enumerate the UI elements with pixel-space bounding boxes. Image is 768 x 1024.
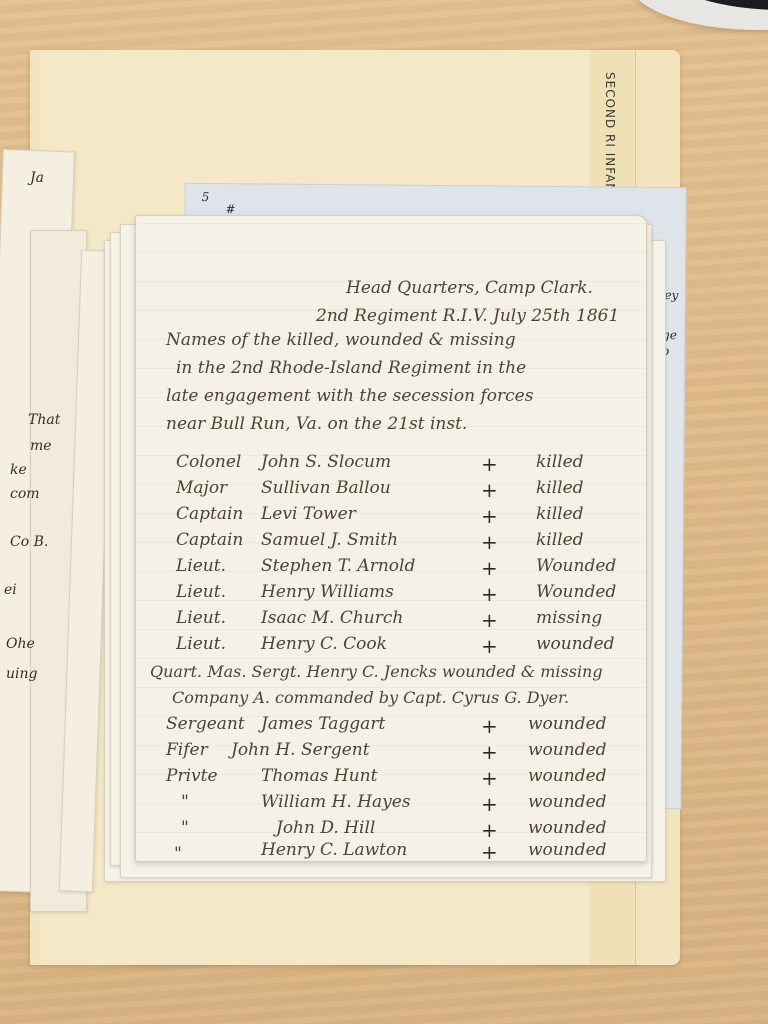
ditto-mark: ": [181, 818, 189, 838]
casualty-status: wounded: [528, 714, 607, 734]
letter-intro-line: near Bull Run, Va. on the 21st inst.: [166, 414, 467, 434]
letter-intro-line: in the 2nd Rhode-Island Regiment in the: [176, 358, 526, 378]
casualty-row: Fifer John H. Sergent + wounded: [136, 740, 646, 766]
casualty-row: Lieut. Isaac M. Church + missing: [136, 608, 646, 634]
rank: Captain: [176, 504, 243, 524]
casualty-status: Wounded: [536, 556, 616, 576]
cross-mark-icon: +: [481, 840, 498, 864]
casualty-row: Privte Thomas Hunt + wounded: [136, 766, 646, 792]
handwriting-fragment: com: [10, 486, 40, 502]
cross-mark-icon: +: [481, 714, 498, 738]
casualty-status: wounded: [528, 840, 607, 860]
letter-intro-line: late engagement with the secession force…: [166, 386, 533, 406]
rank: Lieut.: [176, 634, 226, 654]
soldier-name: Levi Tower: [261, 504, 356, 524]
cross-mark-icon: +: [481, 452, 498, 476]
soldier-name: Henry C. Cook: [261, 634, 387, 654]
casualty-row: Sergeant James Taggart + wounded: [136, 714, 646, 740]
casualty-status: wounded: [528, 766, 607, 786]
handwriting-fragment: me: [30, 438, 52, 454]
casualty-report-letter: Head Quarters, Camp Clark. 2nd Regiment …: [135, 215, 647, 862]
soldier-name: John S. Slocum: [261, 452, 391, 472]
cross-mark-icon: +: [481, 582, 498, 606]
cross-mark-icon: +: [481, 740, 498, 764]
ditto-mark: ": [174, 844, 182, 864]
company-line: Company A. commanded by Capt. Cyrus G. D…: [172, 688, 569, 707]
soldier-name: Isaac M. Church: [261, 608, 403, 628]
soldier-name: Henry Williams: [261, 582, 394, 602]
casualty-row: " Henry C. Lawton + wounded: [136, 840, 646, 866]
letter-heading-date: 2nd Regiment R.I.V. July 25th 1861: [316, 306, 619, 326]
soldier-name: Sullivan Ballou: [261, 478, 391, 498]
soldier-name: Samuel J. Smith: [261, 530, 398, 550]
casualty-row: Major Sullivan Ballou + killed: [136, 478, 646, 504]
soldier-name: Thomas Hunt: [261, 766, 377, 786]
soldier-name: John H. Sergent: [231, 740, 370, 760]
handwriting-fragment: Co B.: [10, 534, 48, 550]
cross-mark-icon: +: [481, 792, 498, 816]
letter-intro-line: Names of the killed, wounded & missing: [166, 330, 516, 350]
ditto-mark: ": [181, 792, 189, 812]
soldier-name: Stephen T. Arnold: [261, 556, 415, 576]
casualty-status: wounded: [528, 792, 607, 812]
casualty-row: Captain Samuel J. Smith + killed: [136, 530, 646, 556]
handwriting-fragment: uing: [6, 666, 37, 682]
rank: Major: [176, 478, 227, 498]
casualty-row: " William H. Hayes + wounded: [136, 792, 646, 818]
casualty-status: wounded: [536, 634, 615, 654]
casualty-row: Captain Levi Tower + killed: [136, 504, 646, 530]
handwriting-fragment: Ohe: [6, 636, 35, 652]
left-paper-stack: Ja That me ke com Co B. ei Ohe uing: [0, 150, 120, 890]
quartermaster-line: Quart. Mas. Sergt. Henry C. Jencks wound…: [150, 662, 603, 681]
casualty-status: killed: [536, 452, 584, 472]
cross-mark-icon: +: [481, 818, 498, 842]
casualty-status: killed: [536, 504, 584, 524]
soldier-name: James Taggart: [261, 714, 385, 734]
casualty-status: missing: [536, 608, 602, 628]
rank: Sergeant: [166, 714, 245, 734]
cross-mark-icon: +: [481, 766, 498, 790]
casualty-row: Colonel John S. Slocum + killed: [136, 452, 646, 478]
cross-mark-icon: +: [481, 530, 498, 554]
soldier-name: Henry C. Lawton: [261, 840, 407, 860]
rank: Captain: [176, 530, 243, 550]
handwriting-fragment: ei: [4, 582, 17, 598]
cross-mark-icon: +: [481, 504, 498, 528]
casualty-row: Lieut. Henry Williams + Wounded: [136, 582, 646, 608]
cross-mark-icon: +: [481, 556, 498, 580]
rank: Privte: [166, 766, 218, 786]
rank: Lieut.: [176, 556, 226, 576]
letter-heading-location: Head Quarters, Camp Clark.: [346, 278, 593, 298]
handwriting-fragment: 5: [202, 190, 210, 204]
soldier-name: William H. Hayes: [261, 792, 411, 812]
cross-mark-icon: +: [481, 478, 498, 502]
handwriting-fragment: That: [28, 412, 60, 428]
casualty-status: killed: [536, 530, 584, 550]
cross-mark-icon: +: [481, 634, 498, 658]
rank: Lieut.: [176, 582, 226, 602]
casualty-status: Wounded: [536, 582, 616, 602]
rank: Lieut.: [176, 608, 226, 628]
casualty-status: wounded: [528, 740, 607, 760]
handwriting-fragment: Ja: [30, 170, 44, 186]
rank: Fifer: [166, 740, 208, 760]
cross-mark-icon: +: [481, 608, 498, 632]
casualty-status: wounded: [528, 818, 607, 838]
handwriting-fragment: ke: [10, 462, 27, 478]
rank: Colonel: [176, 452, 241, 472]
casualty-row: Lieut. Stephen T. Arnold + Wounded: [136, 556, 646, 582]
casualty-status: killed: [536, 478, 584, 498]
casualty-row: Lieut. Henry C. Cook + wounded: [136, 634, 646, 660]
soldier-name: John D. Hill: [276, 818, 375, 838]
